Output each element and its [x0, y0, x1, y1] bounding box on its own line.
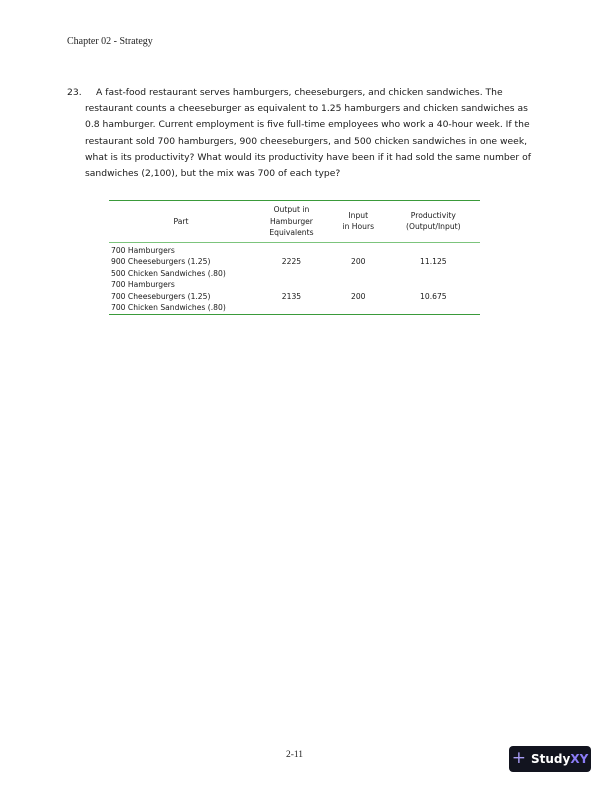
cell-output: 2225 [253, 242, 330, 279]
header-part: Part [109, 201, 253, 243]
question-number: 23. [67, 85, 82, 101]
productivity-table: Part Output in Hamburger Equivalents Inp… [109, 200, 480, 315]
header-productivity: Productivity (Output/Input) [387, 201, 480, 243]
cell-input: 200 [330, 279, 387, 314]
brand-name: StudyXY [531, 752, 588, 766]
cell-part: 700 Hamburgers 700 Cheeseburgers (1.25) … [109, 279, 253, 314]
cell-output: 2135 [253, 279, 330, 314]
question-line: restaurant sold 700 hamburgers, 900 chee… [85, 134, 557, 150]
cell-input: 200 [330, 242, 387, 279]
question-23: 23. A fast-food restaurant serves hambur… [67, 85, 557, 182]
cell-part: 700 Hamburgers 900 Cheeseburgers (1.25) … [109, 242, 253, 279]
cell-productivity: 10.675 [387, 279, 480, 314]
header-output: Output in Hamburger Equivalents [253, 201, 330, 243]
cell-productivity: 11.125 [387, 242, 480, 279]
studyxy-badge[interactable]: + StudyXY [509, 746, 591, 772]
table-row: 700 Hamburgers 900 Cheeseburgers (1.25) … [109, 242, 480, 279]
question-line: A fast-food restaurant serves hamburgers… [96, 85, 557, 101]
question-line: what is its productivity? What would its… [85, 150, 557, 166]
question-line: 0.8 hamburger. Current employment is fiv… [85, 117, 557, 133]
header-input: Input in Hours [330, 201, 387, 243]
plus-icon: + [512, 750, 526, 767]
chapter-header: Chapter 02 - Strategy [67, 36, 153, 47]
question-line: sandwiches (2,100), but the mix was 700 … [85, 166, 557, 182]
table-row: 700 Hamburgers 700 Cheeseburgers (1.25) … [109, 279, 480, 314]
page-number: 2-11 [286, 750, 303, 760]
question-line: restaurant counts a cheeseburger as equi… [85, 101, 557, 117]
question-text: A fast-food restaurant serves hamburgers… [85, 85, 557, 182]
table-header-row: Part Output in Hamburger Equivalents Inp… [109, 201, 480, 243]
